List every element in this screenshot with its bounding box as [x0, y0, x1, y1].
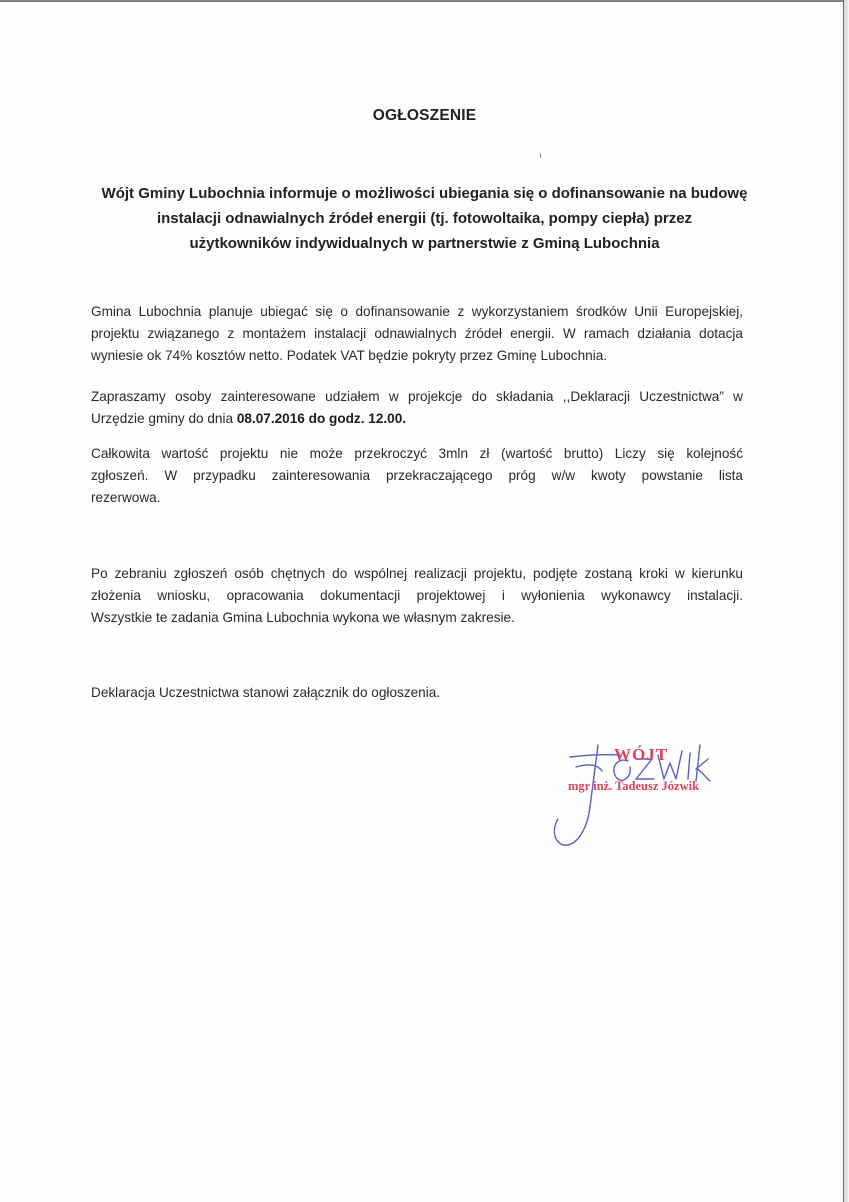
paragraph-line: Po zebraniu zgłoszeń osób chętnych do ws… — [91, 563, 743, 585]
paragraph-line: wyniesie ok 74% kosztów netto. Podatek V… — [91, 345, 743, 367]
stamp-name: mgr inż. Tadeusz Józwik — [568, 779, 699, 794]
paragraph-line: projektu związanego z montażem instalacj… — [91, 323, 743, 345]
paragraph-invitation: Zapraszamy osoby zainteresowane udziałem… — [91, 386, 743, 430]
paragraph-line: Urzędzie gminy do dnia 08.07.2016 do god… — [91, 408, 743, 430]
deadline-prefix: Urzędzie gminy do dnia — [91, 411, 237, 426]
subtitle-line: użytkowników indywidualnych w partnerstw… — [60, 231, 789, 256]
paragraph-line: złożenia wniosku, opracowania dokumentac… — [91, 585, 743, 607]
subtitle-line: instalacji odnawialnych źródeł energii (… — [60, 206, 789, 231]
stamp-role: WÓJT — [614, 745, 668, 765]
paragraph-line: Wszystkie te zadania Gmina Lubochnia wyk… — [91, 607, 743, 629]
paragraph-project-value: Całkowita wartość projektu nie może prze… — [91, 443, 743, 509]
official-stamp: WÓJT mgr inż. Tadeusz Józwik — [540, 737, 750, 857]
scan-artifact — [540, 153, 541, 158]
document-subtitle: Wójt Gminy Lubochnia informuje o możliwo… — [60, 181, 789, 256]
paragraph-next-steps: Po zebraniu zgłoszeń osób chętnych do ws… — [91, 563, 743, 629]
document-title: OGŁOSZENIE — [0, 107, 849, 125]
paragraph-line: Całkowita wartość projektu nie może prze… — [91, 443, 743, 465]
deadline-date: 08.07.2016 do godz. 12.00. — [237, 411, 406, 426]
paragraph-attachment: Deklaracja Uczestnictwa stanowi załączni… — [91, 682, 743, 704]
scan-edge — [843, 0, 849, 1202]
paragraph-funding: Gmina Lubochnia planuje ubiegać się o do… — [91, 301, 743, 367]
paragraph-line: zgłoszeń. W przypadku zainteresowania pr… — [91, 465, 743, 487]
paragraph-line: Zapraszamy osoby zainteresowane udziałem… — [91, 386, 743, 408]
paragraph-line: Gmina Lubochnia planuje ubiegać się o do… — [91, 301, 743, 323]
paragraph-line: rezerwowa. — [91, 487, 743, 509]
scanned-page: OGŁOSZENIE Wójt Gminy Lubochnia informuj… — [0, 0, 843, 1202]
subtitle-line: Wójt Gminy Lubochnia informuje o możliwo… — [60, 181, 789, 206]
paragraph-line: Deklaracja Uczestnictwa stanowi załączni… — [91, 682, 743, 704]
